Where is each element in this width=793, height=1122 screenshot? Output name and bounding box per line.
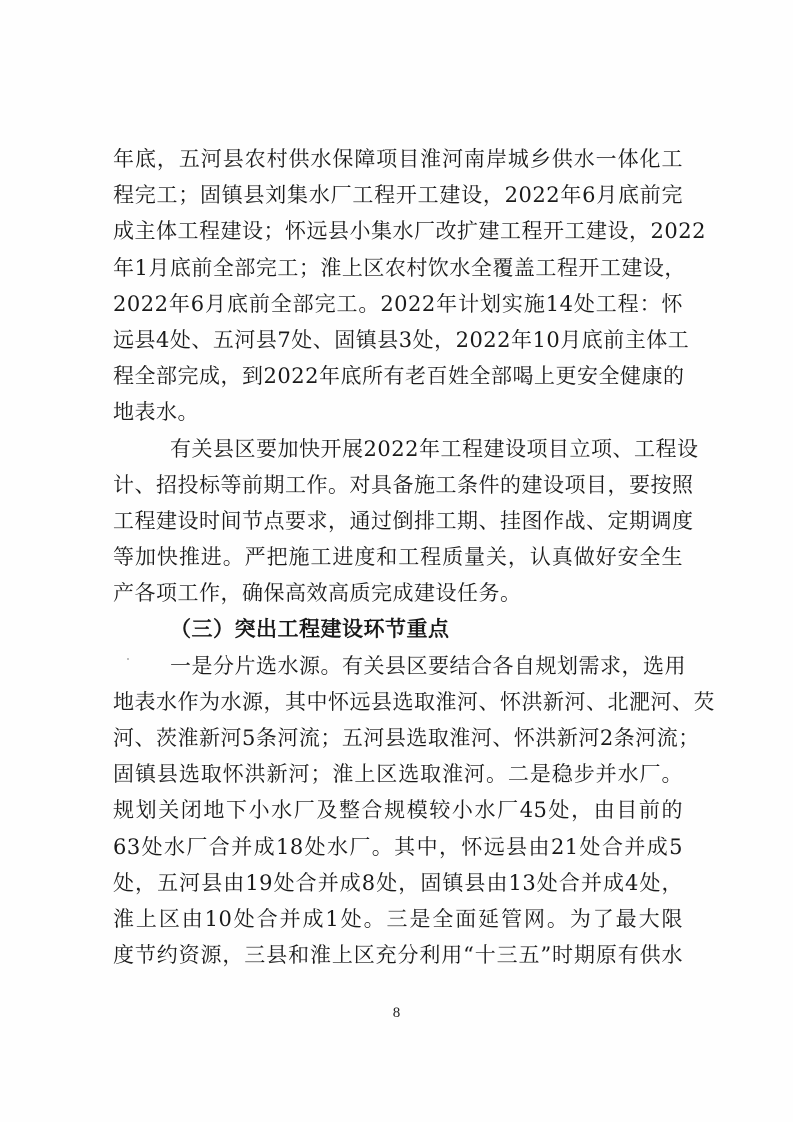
text-line: 规划关闭地下小水厂及整合规模较小水厂45处，由目前的	[113, 792, 683, 828]
text-line: 工程建设时间节点要求，通过倒排工期、挂图作战、定期调度	[113, 503, 683, 539]
text-line: 河、茨淮新河5条河流；五河县选取淮河、怀洪新河2条河流；	[113, 720, 683, 756]
text-line: 年底，五河县农村供水保障项目淮河南岸城乡供水一体化工	[113, 141, 683, 177]
section-heading: （三）突出工程建设环节重点	[113, 611, 683, 647]
text-line: 年1月底前全部完工；淮上区农村饮水全覆盖工程开工建设，	[113, 250, 683, 286]
document-page: 年底，五河县农村供水保障项目淮河南岸城乡供水一体化工 程完工；固镇县刘集水厂工程…	[0, 0, 793, 1122]
text-line: 成主体工程建设；怀远县小集水厂改扩建工程开工建设，2022	[113, 213, 683, 249]
text-line: 一是分片选水源。有关县区要结合各自规划需求，选用	[113, 648, 683, 684]
text-line: 地表水作为水源，其中怀远县选取淮河、怀洪新河、北淝河、芡	[113, 684, 683, 720]
text-line: 度节约资源，三县和淮上区充分利用“十三五”时期原有供水	[113, 937, 683, 973]
paragraph-construction-requirements: 有关县区要加快开展2022年工程建设项目立项、工程设 计、招投标等前期工作。对具…	[113, 431, 683, 612]
text-line: 地表水。	[113, 394, 683, 430]
text-line: 处，五河县由19处合并成8处，固镇县由13处合并成4处，	[113, 865, 683, 901]
text-line: 有关县区要加快开展2022年工程建设项目立项、工程设	[113, 431, 683, 467]
body-text: 年底，五河县农村供水保障项目淮河南岸城乡供水一体化工 程完工；固镇县刘集水厂工程…	[113, 141, 683, 973]
text-line: 计、招投标等前期工作。对具备施工条件的建设项目，要按照	[113, 467, 683, 503]
text-line: 63处水厂合并成18处水厂。其中，怀远县由21处合并成5	[113, 829, 683, 865]
paragraph-key-points: 一是分片选水源。有关县区要结合各自规划需求，选用 地表水作为水源，其中怀远县选取…	[113, 648, 683, 974]
text-line: 等加快推进。严把施工进度和工程质量关，认真做好安全生	[113, 539, 683, 575]
text-line: 远县4处、五河县7处、固镇县3处，2022年10月底前主体工	[113, 322, 683, 358]
text-line: 固镇县选取怀洪新河；淮上区选取淮河。二是稳步并水厂。	[113, 756, 683, 792]
text-line: 2022年6月底前全部完工。2022年计划实施14处工程：怀	[113, 286, 683, 322]
paragraph-continuation: 年底，五河县农村供水保障项目淮河南岸城乡供水一体化工 程完工；固镇县刘集水厂工程…	[113, 141, 683, 431]
page-number: 8	[0, 1005, 793, 1022]
text-line: 淮上区由10处合并成1处。三是全面延管网。为了最大限	[113, 901, 683, 937]
scan-speck	[127, 658, 129, 660]
text-line: 程全部完成，到2022年底所有老百姓全部喝上更安全健康的	[113, 358, 683, 394]
text-line: 程完工；固镇县刘集水厂工程开工建设，2022年6月底前完	[113, 177, 683, 213]
heading-text: （三）突出工程建设环节重点	[113, 611, 683, 647]
text-line: 产各项工作，确保高效高质完成建设任务。	[113, 575, 683, 611]
